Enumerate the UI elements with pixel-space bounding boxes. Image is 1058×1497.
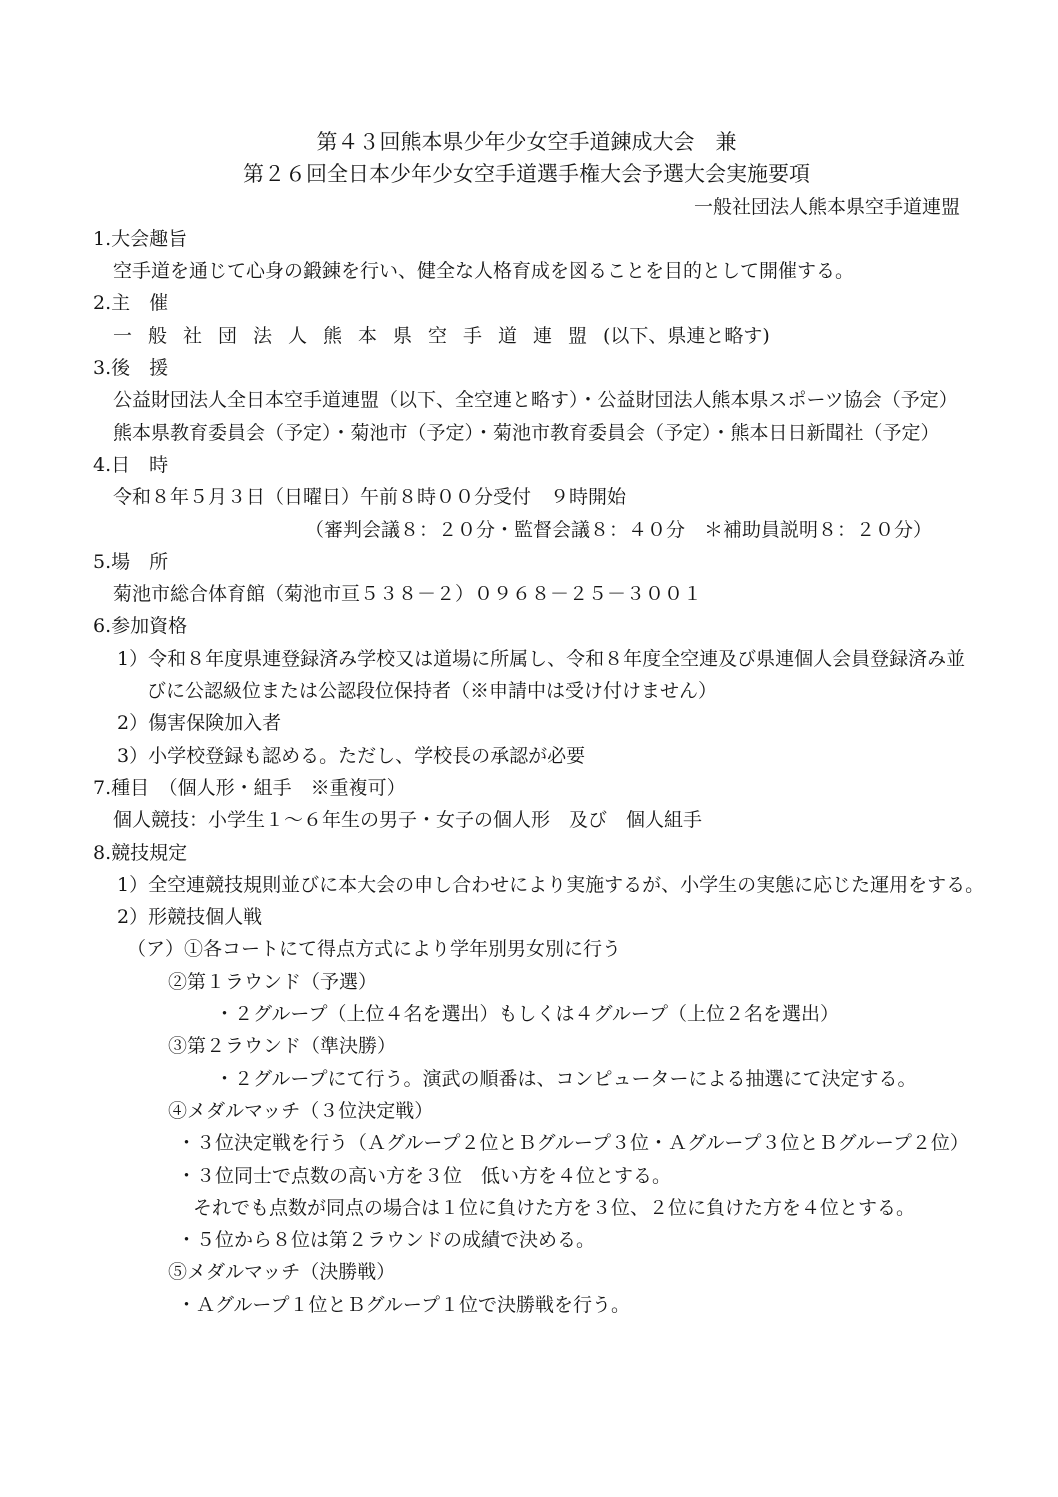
medal-match-3rd-heading: ④メダルマッチ（３位決定戦） xyxy=(93,1095,960,1127)
meeting-times: （審判会議８：２０分・監督会議８：４０分 ＊補助員説明８：２０分） xyxy=(93,514,960,546)
section3-heading: 3.後 援 xyxy=(93,352,960,384)
host-organization-name: 一般社団法人熊本県空手道連盟 xyxy=(113,325,603,347)
medal-match-3rd-bullet3: ・５位から８位は第２ラウンドの成績で決める。 xyxy=(93,1224,960,1256)
section1-purpose: 空手道を通じて心身の鍛錬を行い、健全な人格育成を図ることを目的として開催する。 xyxy=(93,255,960,287)
medal-match-3rd-bullet1: ・３位決定戦を行う（Ａグループ２位とＢグループ３位・Ａグループ３位とＢグループ２… xyxy=(93,1127,960,1159)
section4-heading: 4.日 時 xyxy=(93,449,960,481)
section2-heading: 2.主 催 xyxy=(93,287,960,319)
section1-heading: 1.大会趣旨 xyxy=(93,223,960,255)
round2-heading: ③第２ラウンド（準決勝） xyxy=(93,1030,960,1062)
issuer-line: 一般社団法人熊本県空手道連盟 xyxy=(93,191,960,223)
section6-heading: 6.参加資格 xyxy=(93,610,960,642)
eligibility-item2: 2）傷害保険加入者 xyxy=(93,707,960,739)
section7-heading: 7.種目 （個人形・組手 ※重複可） xyxy=(93,772,960,804)
sponsors-line1: 公益財団法人全日本空手道連盟（以下、全空連と略す）・公益財団法人熊本県スポーツ協… xyxy=(93,384,960,416)
document-page: 第４３回熊本県少年少女空手道錬成大会 兼 第２６回全日本少年少女空手道選手権大会… xyxy=(0,0,1058,1497)
eligibility-item1-line1: 1）令和８年度県連登録済み学校又は道場に所属し、令和８年度全空連及び県連個人会員… xyxy=(93,643,960,675)
eligibility-item3: 3）小学校登録も認める。ただし、学校長の承認が必要 xyxy=(93,740,960,772)
round2-detail: ・２グループにて行う。演武の順番は、コンピューターによる抽選にて決定する。 xyxy=(93,1063,960,1095)
medal-match-3rd-bullet2: ・３位同士で点数の高い方を３位 低い方を４位とする。 xyxy=(93,1160,960,1192)
rules-item2: 2）形競技個人戦 xyxy=(93,901,960,933)
round1-detail: ・２グループ（上位４名を選出）もしくは４グループ（上位２名を選出） xyxy=(93,998,960,1030)
events-detail: 個人競技：小学生１～６年生の男子・女子の個人形 及び 個人組手 xyxy=(93,804,960,836)
eligibility-item1-line2: びに公認級位または公認段位保持者（※申請中は受け付けません） xyxy=(93,675,960,707)
kata-individual-format: （ア）①各コートにて得点方式により学年別男女別に行う xyxy=(93,933,960,965)
venue-info: 菊池市総合体育館（菊池市亘５３８－２）０９６８－２５－３００１ xyxy=(93,578,960,610)
host-organization-abbrev-note: (以下、県連と略す) xyxy=(603,325,770,347)
final-match-bullet1: ・Ａグループ１位とＢグループ１位で決勝戦を行う。 xyxy=(93,1289,960,1321)
sponsors-line2: 熊本県教育委員会（予定）・菊池市（予定）・菊池市教育委員会（予定）・熊本日日新聞… xyxy=(93,417,960,449)
final-match-heading: ⑤メダルマッチ（決勝戦） xyxy=(93,1256,960,1288)
doc-title-line1: 第４３回熊本県少年少女空手道錬成大会 兼 xyxy=(93,126,960,158)
round1-heading: ②第１ラウンド（予選） xyxy=(93,966,960,998)
rules-item1: 1）全空連競技規則並びに本大会の申し合わせにより実施するが、小学生の実態に応じた… xyxy=(93,869,960,901)
medal-match-3rd-bullet2-cont: それでも点数が同点の場合は１位に負けた方を３位、２位に負けた方を４位とする。 xyxy=(93,1192,960,1224)
section5-heading: 5.場 所 xyxy=(93,546,960,578)
event-datetime: 令和８年５月３日（日曜日）午前８時００分受付 ９時開始 xyxy=(93,481,960,513)
section8-heading: 8.競技規定 xyxy=(93,837,960,869)
doc-title-line2: 第２６回全日本少年少女空手道選手権大会予選大会実施要項 xyxy=(93,158,960,190)
host-organization-line: 一般社団法人熊本県空手道連盟(以下、県連と略す) xyxy=(93,320,960,352)
